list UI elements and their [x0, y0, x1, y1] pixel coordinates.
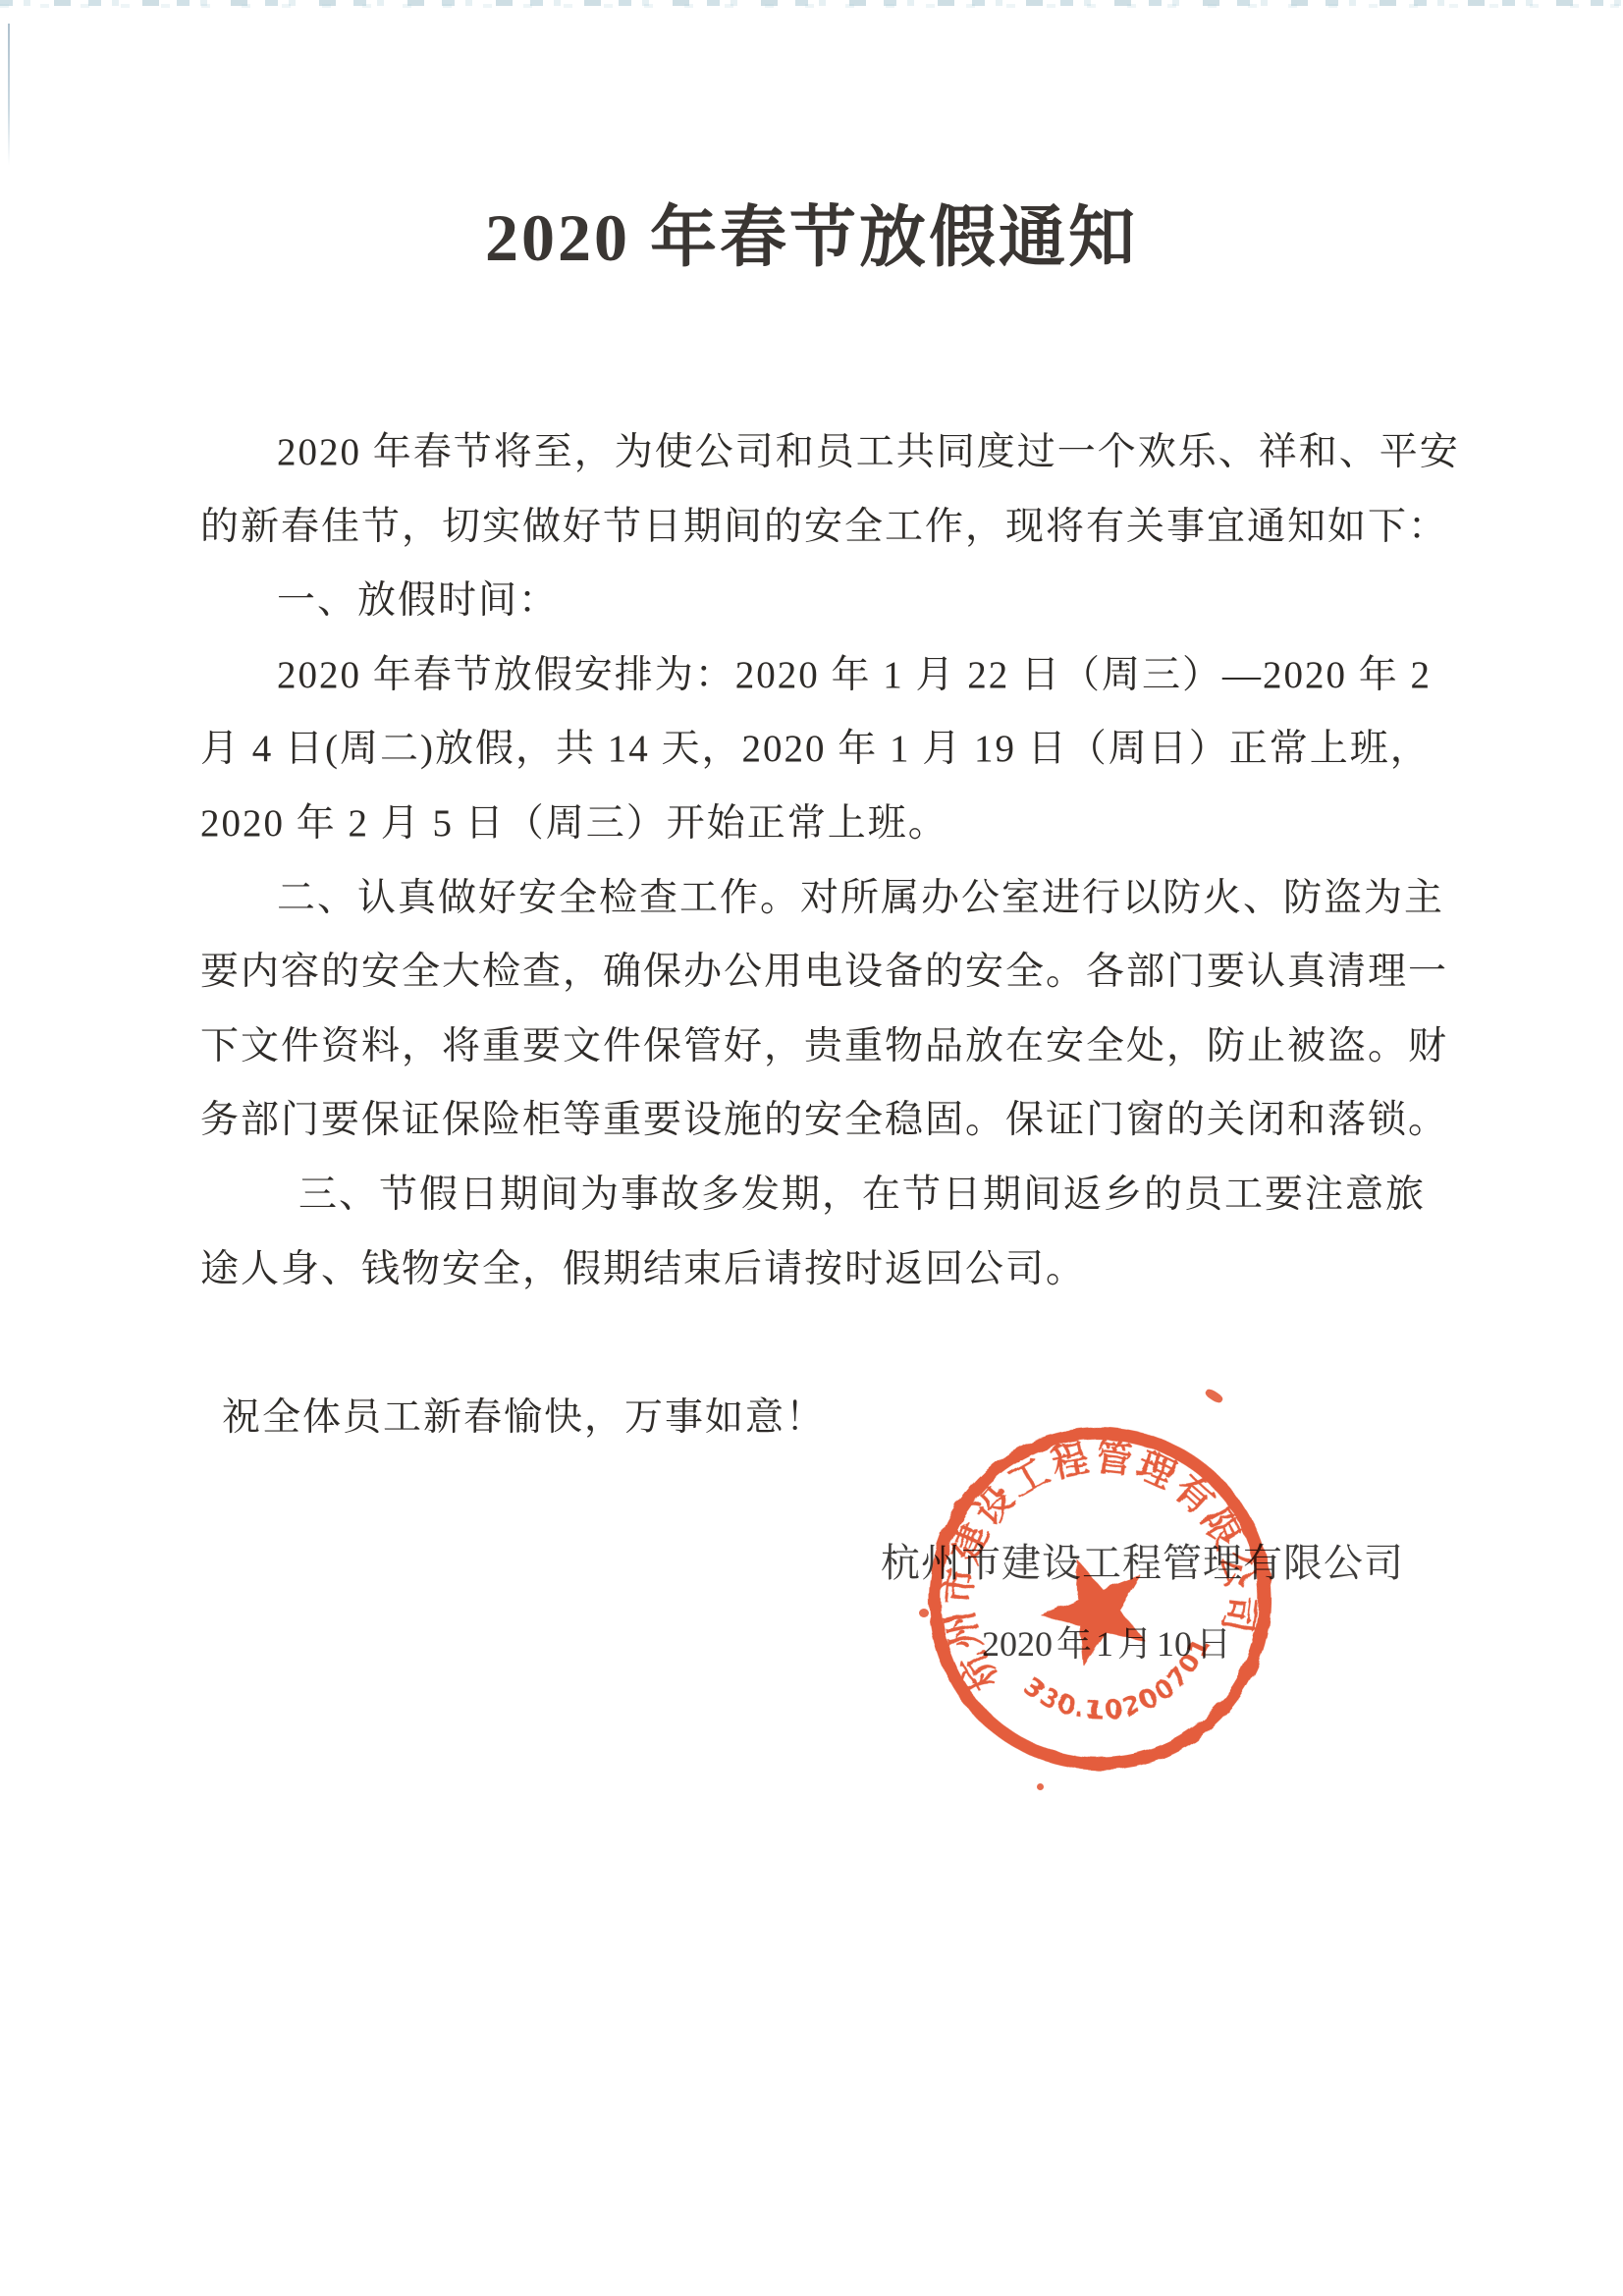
scan-artifact-left-line [8, 24, 10, 166]
scan-artifact-top-dashes-2 [0, 4, 1623, 8]
body-line: 2020 年 2 月 5 日（周三）开始正常上班。 [200, 787, 1487, 861]
body-line: 一、放假时间： [200, 564, 1487, 638]
body-line: 二、认真做好安全检查工作。对所属办公室进行以防火、防盗为主 [200, 861, 1487, 936]
body-line: 2020 年春节放假安排为：2020 年 1 月 22 日（周三）—2020 年… [200, 638, 1487, 713]
scanned-notice-page: { "title": { "text": "2020 年春节放假通知" }, "… [0, 0, 1623, 2296]
company-seal-stamp: 杭州市建设工程管理有限公司 330.1020070199 [893, 1393, 1306, 1805]
greeting-line: 祝全体员工新春愉快，万事如意！ [222, 1387, 826, 1442]
ink-speck [1037, 1783, 1044, 1790]
notice-body: 2020 年春节将至，为使公司和员工共同度过一个欢乐、祥和、平安 的新春佳节，切… [200, 415, 1487, 1306]
page-title: 2020 年春节放假通知 [0, 185, 1623, 280]
body-line: 月 4 日(周二)放假，共 14 天，2020 年 1 月 19 日（周日）正常… [200, 712, 1487, 787]
body-line: 三、节假日期间为事故多发期，在节日期间返乡的员工要注意旅 [200, 1158, 1487, 1232]
ink-speck [919, 1609, 929, 1617]
body-line: 途人身、钱物安全，假期结束后请按时返回公司。 [200, 1232, 1487, 1307]
body-line: 的新春佳节，切实做好节日期间的安全工作，现将有关事宜通知如下： [200, 490, 1487, 565]
seal-star-icon [1026, 1538, 1165, 1674]
seal-arc-company: 杭州市建设工程管理有限公司 [910, 1409, 1271, 1702]
body-line: 下文件资料，将重要文件保管好，贵重物品放在安全处，防止被盗。财 [200, 1010, 1487, 1084]
body-line: 务部门要保证保险柜等重要设施的安全稳固。保证门窗的关闭和落锁。 [200, 1083, 1487, 1158]
body-line: 要内容的安全大检查，确保办公用电设备的安全。各部门要认真清理一 [200, 935, 1487, 1010]
body-line: 2020 年春节将至，为使公司和员工共同度过一个欢乐、祥和、平安 [200, 415, 1487, 490]
